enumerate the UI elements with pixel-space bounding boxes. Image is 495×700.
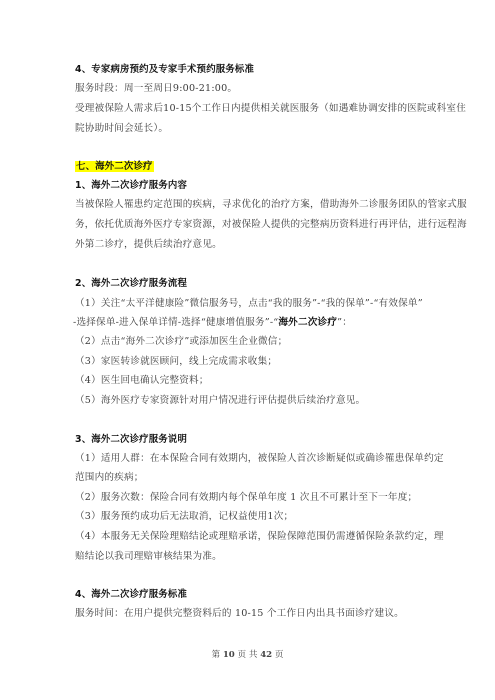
process-step-1-suffix: ”： <box>337 317 352 328</box>
process-step-5: （5）海外医疗专家资源针对用户情况进行评估提供后续治疗意见。 <box>75 394 365 408</box>
footer-prefix: 第 <box>211 650 220 660</box>
process-step-3: （3）家医转诊就医顾问，线上完成需求收集； <box>75 355 277 369</box>
section-heading-service-standard: 4、海外二次诊疗服务标准 <box>75 588 187 602</box>
process-step-2: （2）点击“海外二次诊疗”或添加医生企业微信； <box>75 335 287 349</box>
section-heading-service-process: 2、海外二次诊疗服务流程 <box>75 277 187 291</box>
section-heading-service-notes: 3、海外二次诊疗服务说明 <box>75 433 187 447</box>
process-step-1-continued: -选择保单-进入保单详情-选择“健康增值服务”-“海外二次诊疗”： <box>73 316 352 330</box>
paragraph-line: 外第二诊疗，提供后续治疗意见。 <box>75 238 222 252</box>
paragraph-line: 务，依托优质海外医疗专家资源，对被保险人提供的完整病历资料进行再评估，进行远程海 <box>75 218 467 232</box>
paragraph-line: 当被保险人罹患约定范围的疾病，寻求优化的治疗方案，借助海外二诊服务团队的管家式服 <box>75 198 467 212</box>
chapter-title-highlight: 七、海外二次诊疗 <box>75 161 154 172</box>
page-footer: 第 10 页 共 42 页 <box>0 648 495 660</box>
current-page-number: 10 <box>223 650 235 660</box>
process-step-1-prefix: -选择保单-进入保单详情-选择“健康增值服务”-“ <box>73 317 278 328</box>
note-line: 赔结论以我司理赔审核结果为准。 <box>75 550 222 564</box>
note-line: 范围内的疾病； <box>75 471 144 485</box>
note-line: （3）服务预约成功后无法取消，记权益使用1次； <box>75 510 293 524</box>
paragraph-line: 服务时间：在用户提供完整资料后的 10-15 个工作日内出具书面诊疗建议。 <box>75 607 404 621</box>
process-step-4: （4）医生回电确认完整资料； <box>75 374 209 388</box>
paragraph-line: 院协助时间会延长）。 <box>75 122 168 136</box>
section-heading-expert-booking-standard: 4、专家病房预约及专家手术预约服务标准 <box>75 63 254 77</box>
process-step-1-bold: 海外二次诊疗 <box>278 317 337 328</box>
process-step-1: （1）关注“太平洋健康险”微信服务号，点击“我的服务”-“我的保单”-“有效保单… <box>75 297 423 311</box>
note-line: （1）适用人群：在本保险合同有效期内，被保险人首次诊断疑似或确诊罹患保单约定 <box>75 452 444 466</box>
paragraph-line: 服务时段：周一至周日9:00-21:00。 <box>75 82 237 96</box>
note-line: （2）服务次数：保险合同有效期内每个保单年度 1 次且不可累计至下一年度； <box>75 491 417 505</box>
total-page-count: 42 <box>260 650 272 660</box>
paragraph-line: 受理被保险人需求后10-15个工作日内提供相关就医服务（如遇难协调安排的医院或科… <box>75 102 466 116</box>
note-line: （4）本服务无关保险理赔结论或理赔承诺，保险保障范围仍需遵循保险条款约定，理 <box>75 530 444 544</box>
chapter-title: 七、海外二次诊疗 <box>75 160 154 174</box>
footer-suffix: 页 <box>275 650 284 660</box>
footer-middle: 页 共 <box>238 650 258 660</box>
section-heading-service-content: 1、海外二次诊疗服务内容 <box>75 179 187 193</box>
document-page: 4、专家病房预约及专家手术预约服务标准 服务时段：周一至周日9:00-21:00… <box>0 0 495 700</box>
